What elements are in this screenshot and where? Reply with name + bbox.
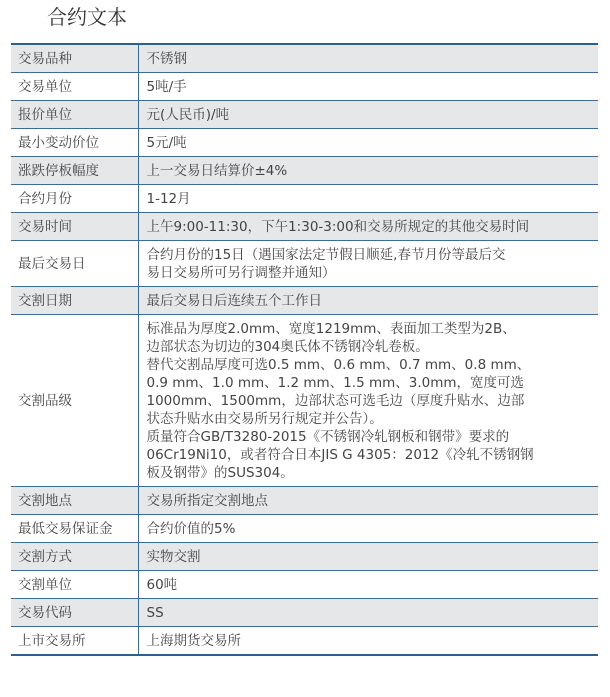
value-line: 06Cr19Ni10，或者符合日本JIS G 4305：2012《冷轧不锈钢钢 [147, 446, 592, 464]
table-row: 最后交易日合约月份的15日（遇国家法定节假日顺延,春节月份等最后交易日交易所可另… [11, 241, 598, 287]
row-value: 5元/吨 [138, 129, 598, 157]
contract-spec-table-body: 交易品种不锈钢交易单位5吨/手报价单位元(人民币)/吨最小变动价位5元/吨涨跌停… [11, 44, 598, 655]
row-value: 不锈钢 [138, 44, 598, 73]
row-label: 合约月份 [11, 185, 138, 213]
table-row: 交易时间上午9:00-11:30，下午1:30-3:00和交易所规定的其他交易时… [11, 213, 598, 241]
row-value: 上海期货交易所 [138, 627, 598, 656]
value-line: 1-12月 [147, 190, 592, 208]
value-line: SS [147, 604, 592, 622]
table-row: 交易单位5吨/手 [11, 73, 598, 101]
row-label: 上市交易所 [11, 627, 138, 656]
row-value: 1-12月 [138, 185, 598, 213]
page-title: 合约文本 [47, 3, 127, 31]
value-line: 0.9 mm、1.0 mm、1.2 mm、1.5 mm、3.0mm，宽度可选 [147, 374, 592, 392]
value-line: 交易所指定交割地点 [147, 492, 592, 510]
value-line: 上午9:00-11:30，下午1:30-3:00和交易所规定的其他交易时间 [147, 218, 592, 236]
row-label: 交割地点 [11, 487, 138, 515]
value-line: 边部状态为切边的304奥氏体不锈钢冷轧卷板。 [147, 338, 592, 356]
table-row: 报价单位元(人民币)/吨 [11, 101, 598, 129]
table-row: 交割地点交易所指定交割地点 [11, 487, 598, 515]
value-line: 合约价值的5% [147, 520, 592, 538]
table-row: 交易品种不锈钢 [11, 44, 598, 73]
table-row: 交割方式实物交割 [11, 543, 598, 571]
value-line: 5元/吨 [147, 134, 592, 152]
row-label: 交易时间 [11, 213, 138, 241]
value-line: 5吨/手 [147, 78, 592, 96]
row-value: 合约月份的15日（遇国家法定节假日顺延,春节月份等最后交易日交易所可另行调整并通… [138, 241, 598, 287]
row-value: 实物交割 [138, 543, 598, 571]
row-label: 交割品级 [11, 315, 138, 487]
table-row: 合约月份1-12月 [11, 185, 598, 213]
row-value: 60吨 [138, 571, 598, 599]
row-value: 上午9:00-11:30，下午1:30-3:00和交易所规定的其他交易时间 [138, 213, 598, 241]
table-row: 上市交易所上海期货交易所 [11, 627, 598, 656]
row-value: 交易所指定交割地点 [138, 487, 598, 515]
table-row: 交割品级标准品为厚度2.0mm、宽度1219mm、表面加工类型为2B、边部状态为… [11, 315, 598, 487]
row-value: 上一交易日结算价±4% [138, 157, 598, 185]
table-row: 交易代码SS [11, 599, 598, 627]
table-row: 涨跌停板幅度上一交易日结算价±4% [11, 157, 598, 185]
value-line: 最后交易日后连续五个工作日 [147, 292, 592, 310]
row-label: 最小变动价位 [11, 129, 138, 157]
value-line: 标准品为厚度2.0mm、宽度1219mm、表面加工类型为2B、 [147, 320, 592, 338]
value-line: 板及钢带》的SUS304。 [147, 464, 592, 482]
row-value: 合约价值的5% [138, 515, 598, 543]
row-label: 交割日期 [11, 287, 138, 315]
table-row: 最小变动价位5元/吨 [11, 129, 598, 157]
row-value: SS [138, 599, 598, 627]
contract-spec-table: 交易品种不锈钢交易单位5吨/手报价单位元(人民币)/吨最小变动价位5元/吨涨跌停… [11, 43, 598, 656]
value-line: 实物交割 [147, 548, 592, 566]
value-line: 元(人民币)/吨 [147, 106, 592, 124]
value-line: 状态升贴水由交易所另行规定并公告）。 [147, 410, 592, 428]
value-line: 不锈钢 [147, 50, 592, 68]
value-line: 合约月份的15日（遇国家法定节假日顺延,春节月份等最后交 [147, 246, 592, 264]
value-line: 上海期货交易所 [147, 632, 592, 650]
row-label: 涨跌停板幅度 [11, 157, 138, 185]
value-line: 1000mm、1500mm，边部状态可选毛边（厚度升贴水、边部 [147, 392, 592, 410]
row-label: 交易单位 [11, 73, 138, 101]
row-label: 最低交易保证金 [11, 515, 138, 543]
row-value: 5吨/手 [138, 73, 598, 101]
table-row: 交割单位60吨 [11, 571, 598, 599]
row-value: 最后交易日后连续五个工作日 [138, 287, 598, 315]
row-value: 元(人民币)/吨 [138, 101, 598, 129]
row-label: 交易代码 [11, 599, 138, 627]
table-row: 交割日期最后交易日后连续五个工作日 [11, 287, 598, 315]
value-line: 替代交割品厚度可选0.5 mm、0.6 mm、0.7 mm、0.8 mm、 [147, 356, 592, 374]
row-label: 交割方式 [11, 543, 138, 571]
row-value: 标准品为厚度2.0mm、宽度1219mm、表面加工类型为2B、边部状态为切边的3… [138, 315, 598, 487]
value-line: 质量符合GB/T3280-2015《不锈钢冷轧钢板和钢带》要求的 [147, 428, 592, 446]
value-line: 上一交易日结算价±4% [147, 162, 592, 180]
row-label: 交易品种 [11, 44, 138, 73]
row-label: 交割单位 [11, 571, 138, 599]
table-row: 最低交易保证金合约价值的5% [11, 515, 598, 543]
value-line: 60吨 [147, 576, 592, 594]
value-line: 易日交易所可另行调整并通知） [147, 264, 592, 282]
row-label: 报价单位 [11, 101, 138, 129]
row-label: 最后交易日 [11, 241, 138, 287]
